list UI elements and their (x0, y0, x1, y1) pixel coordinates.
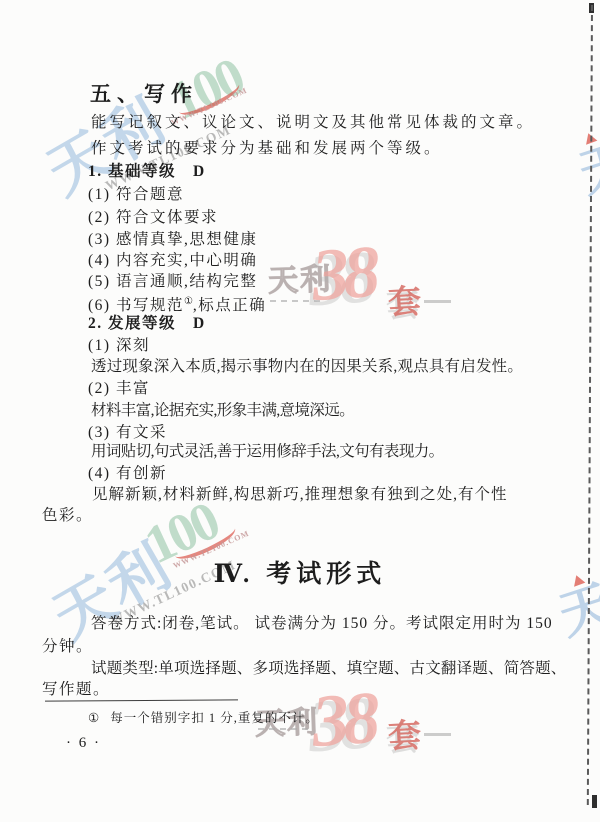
basic-item-5: (5) 语言通顺,结构完整 (88, 273, 257, 291)
watermark-38-underline-bot (258, 728, 308, 733)
dev-desc-4-line-2: 色彩。 (42, 507, 93, 525)
dev-desc-4-line-1: 见解新颖,材料新鲜,构思新巧,推理想象有独到之处,有个性 (92, 486, 508, 504)
watermark-38-number-bot: 38 (309, 676, 377, 765)
exam-p2-line-2: 写作题。 (42, 681, 110, 699)
dev-item-4: (4) 有创新 (88, 465, 167, 483)
exam-p1-line-1: 答卷方式:闭卷,笔试。 试卷满分为 150 分。考试限定用时为 150 (91, 615, 553, 633)
dev-item-3: (3) 有文采 (88, 424, 167, 442)
basic-item-4: (4) 内容充实,中心明确 (88, 252, 257, 270)
scan-edge-dashed-line (587, 5, 593, 805)
watermark-38-underline-mid (270, 300, 320, 305)
basic-item-6: (6) 书写规范①,标点正确 (88, 293, 266, 315)
watermark-38-tao-bot: 套 (387, 709, 422, 758)
footnote-text: ①每一个错别字扣 1 分,重复的不计。 (88, 708, 319, 726)
development-level-heading: 2. 发展等级 D (88, 315, 206, 333)
dev-desc-1: 透过现象深入本质,揭示事物内在的因果关系,观点具有启发性。 (91, 358, 523, 376)
watermark-38-number-mid: 38 (309, 230, 377, 319)
watermark-edge-glyph-top: 天 (568, 120, 600, 207)
heading-exam-format: Ⅳ.考试形式 (0, 554, 600, 590)
page-number: · 6 · (66, 735, 101, 752)
basic-item-1: (1) 符合题意 (88, 186, 184, 204)
exam-p1-line-2: 分钟。 (42, 638, 93, 656)
exam-p2-line-1: 试题类型:单项选择题、多项选择题、填空题、古文翻译题、简答题、 (91, 660, 567, 678)
basic-item-3: (3) 感情真挚,思想健康 (88, 231, 257, 249)
writing-intro-line-2: 作文考试的要求分为基础和发展两个等级。 (91, 140, 443, 158)
writing-intro-line-1: 能写记叙文、议论文、说明文及其他常见体裁的文章。 (91, 114, 535, 132)
basic-item-2: (2) 符合文体要求 (88, 209, 218, 227)
heading-writing-section: 五、写作 (90, 78, 198, 108)
watermark-38-dash-mid (424, 300, 451, 303)
footnote-reference-icon: ① (184, 296, 193, 307)
basic-level-heading: 1. 基础等级 D (88, 163, 206, 181)
dev-desc-3: 用词贴切,句式灵活,善于运用修辞手法,文句有表现力。 (91, 443, 444, 461)
footnote-mark-icon: ① (88, 711, 100, 725)
watermark-38-tao-mid: 套 (387, 275, 422, 324)
scan-edge-bottom-mark (592, 795, 597, 808)
footnote-divider (45, 699, 238, 701)
dev-item-2: (2) 丰富 (88, 380, 150, 398)
dev-item-1: (1) 深刻 (88, 337, 150, 355)
watermark-38-dash-bot (424, 733, 451, 736)
dev-desc-2: 材料丰富,论据充实,形象丰满,意境深远。 (91, 402, 354, 420)
